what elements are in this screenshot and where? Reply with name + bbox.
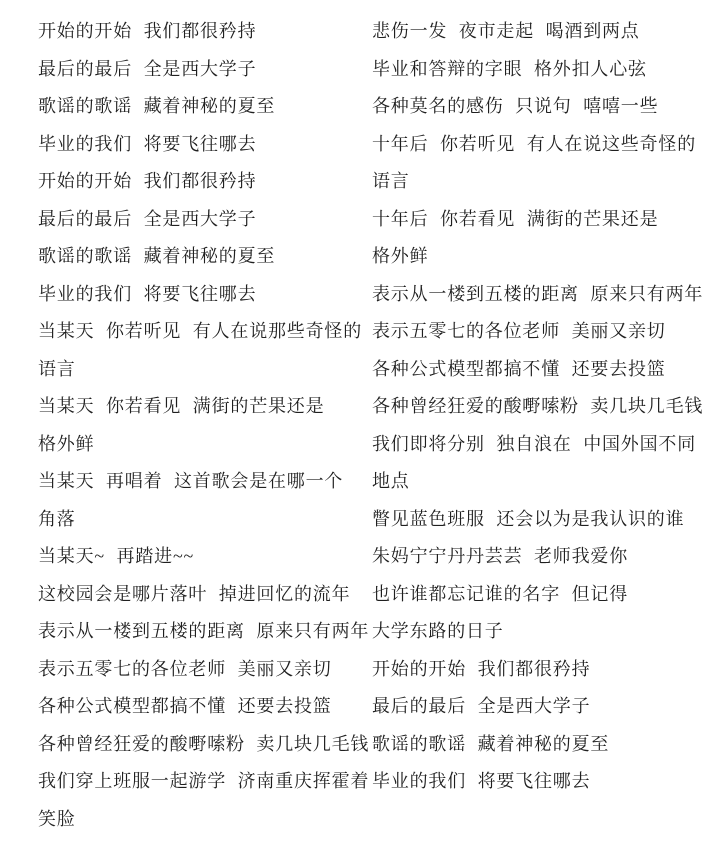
lyric-line: 歌谣的歌谣 藏着神秘的夏至 xyxy=(372,726,702,764)
lyric-line: 各种公式模型都搞不懂 还要去投篮 xyxy=(372,351,702,389)
lyric-line: 这校园会是哪片落叶 掉进回忆的流年 xyxy=(38,576,360,614)
lyric-line: 开始的开始 我们都很矜持 xyxy=(38,13,360,51)
lyric-line: 表示从一楼到五楼的距离 原来只有两年 xyxy=(38,613,360,651)
lyric-line: 最后的最后 全是西大学子 xyxy=(372,688,702,726)
lyric-line: 十年后 你若看见 满街的芒果还是 xyxy=(372,201,702,239)
lyric-line: 瞥见蓝色班服 还会以为是我认识的谁 xyxy=(372,501,702,539)
lyric-line: 朱妈宁宁丹丹芸芸 老师我爱你 xyxy=(372,538,702,576)
lyric-line: 也许谁都忘记谁的名字 但记得 xyxy=(372,576,702,614)
lyric-line: 最后的最后 全是西大学子 xyxy=(38,51,360,89)
lyric-line: 表示五零七的各位老师 美丽又亲切 xyxy=(372,313,702,351)
lyric-line: 语言 xyxy=(372,163,702,201)
lyric-line: 大学东路的日子 xyxy=(372,613,702,651)
lyric-line: 我们即将分别 独自浪在 中国外国不同 xyxy=(372,426,702,464)
lyric-line: 各种公式模型都搞不懂 还要去投篮 xyxy=(38,688,360,726)
lyric-line: 毕业和答辩的字眼 格外扣人心弦 xyxy=(372,51,702,89)
lyric-line: 开始的开始 我们都很矜持 xyxy=(372,651,702,689)
lyric-line: 表示五零七的各位老师 美丽又亲切 xyxy=(38,651,360,689)
lyric-line: 格外鲜 xyxy=(38,426,360,464)
lyric-line: 歌谣的歌谣 藏着神秘的夏至 xyxy=(38,88,360,126)
lyric-line: 当某天 再唱着 这首歌会是在哪一个 xyxy=(38,463,360,501)
document-page: 开始的开始 我们都很矜持最后的最后 全是西大学子歌谣的歌谣 藏着神秘的夏至毕业的… xyxy=(0,0,713,860)
lyric-line: 我们穿上班服一起游学 济南重庆挥霍着 xyxy=(38,763,360,801)
lyric-line: 最后的最后 全是西大学子 xyxy=(38,201,360,239)
lyric-line: 毕业的我们 将要飞往哪去 xyxy=(38,276,360,314)
lyric-line: 毕业的我们 将要飞往哪去 xyxy=(38,126,360,164)
lyric-line: 表示从一楼到五楼的距离 原来只有两年 xyxy=(372,276,702,314)
lyrics-column-right: 悲伤一发 夜市走起 喝酒到两点毕业和答辩的字眼 格外扣人心弦各种莫名的感伤 只说… xyxy=(372,13,702,801)
lyric-line: 开始的开始 我们都很矜持 xyxy=(38,163,360,201)
lyric-line: 角落 xyxy=(38,501,360,539)
lyric-line: 各种曾经狂爱的酸嘢嗦粉 卖几块几毛钱 xyxy=(372,388,702,426)
lyric-line: 各种曾经狂爱的酸嘢嗦粉 卖几块几毛钱 xyxy=(38,726,360,764)
lyric-line: 当某天~ 再踏进~~ xyxy=(38,538,360,576)
lyric-line: 笑脸 xyxy=(38,801,360,839)
lyric-line: 歌谣的歌谣 藏着神秘的夏至 xyxy=(38,238,360,276)
lyric-line: 毕业的我们 将要飞往哪去 xyxy=(372,763,702,801)
lyric-line: 格外鲜 xyxy=(372,238,702,276)
lyric-line: 语言 xyxy=(38,351,360,389)
lyric-line: 各种莫名的感伤 只说句 嘻嘻一些 xyxy=(372,88,702,126)
lyric-line: 地点 xyxy=(372,463,702,501)
lyric-line: 当某天 你若看见 满街的芒果还是 xyxy=(38,388,360,426)
lyric-line: 悲伤一发 夜市走起 喝酒到两点 xyxy=(372,13,702,51)
lyrics-column-left: 开始的开始 我们都很矜持最后的最后 全是西大学子歌谣的歌谣 藏着神秘的夏至毕业的… xyxy=(38,13,360,838)
lyric-line: 当某天 你若听见 有人在说那些奇怪的 xyxy=(38,313,360,351)
lyric-line: 十年后 你若听见 有人在说这些奇怪的 xyxy=(372,126,702,164)
